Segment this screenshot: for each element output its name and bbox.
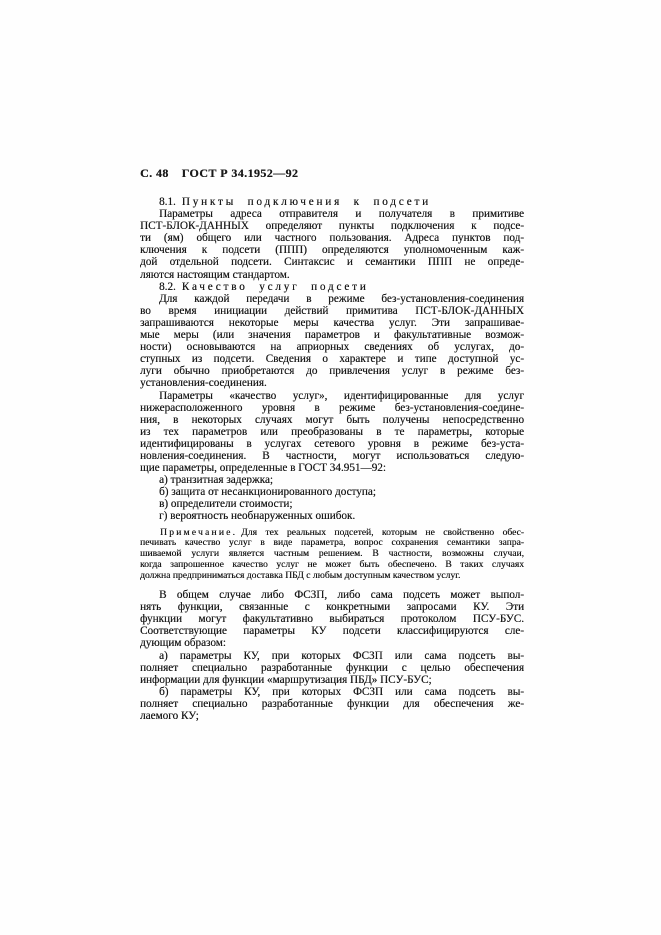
text-line: из тех параметров или преобразованы в те… (140, 426, 524, 438)
paragraph: Параметры адреса отправителя и получател… (140, 208, 524, 281)
running-header: С. 48ГОСТ Р 34.1952—92 (140, 166, 524, 181)
note-line: должна предприниматься доставка ПБД с лю… (140, 571, 524, 582)
paragraph: а) параметры КУ, при которых ФСЗП или са… (140, 650, 524, 686)
text-line: ности) основываются на априорных сведени… (140, 341, 524, 353)
text-line: дующим образом: (140, 637, 524, 649)
note-line-text: Для тех реальных подсетей, которым не св… (241, 527, 524, 538)
text-line: новления-соединения. В частности, могут … (140, 450, 524, 462)
text-line: ступных из подсети. Сведения о характере… (140, 353, 524, 365)
text-line: во время инициации действий примитива ПС… (140, 305, 524, 317)
text-line: ти (ям) общего или частного пользования.… (140, 232, 524, 244)
scanned-standard-page: { "document": { "colors": { "paper": "#f… (0, 0, 661, 935)
text-line: дой отдельной подсети. Синтаксис и семан… (140, 256, 524, 268)
text-line: Параметры «качество услуг», идентифициро… (140, 390, 524, 402)
paragraph: Параметры «качество услуг», идентифициро… (140, 390, 524, 475)
text-line: полняет специально разработанные функции… (140, 698, 524, 710)
standard-reference: ГОСТ Р 34.1952—92 (182, 166, 299, 180)
list-item: а) транзитная задержка; (140, 474, 524, 486)
list-item: в) определители стоимости; (140, 498, 524, 510)
section-heading: 8.1.Пункты подключения к подсети (140, 196, 524, 208)
section-number: 8.2. (159, 281, 176, 293)
text-line: щие параметры, определенные в ГОСТ 34.95… (140, 462, 524, 474)
text-line: Для каждой передачи в режиме без-установ… (140, 293, 524, 305)
note-block: Примечание.Для тех реальных подсетей, ко… (140, 528, 524, 583)
text-line: нижерасположенного уровня в режиме без-у… (140, 402, 524, 414)
text-line: функции могут факультативно выбираться п… (140, 613, 524, 625)
text-line: полняет специально разработанные функции… (140, 662, 524, 674)
text-line: нять функции, связанные с конкретными за… (140, 601, 524, 613)
text-line: лаемого КУ; (140, 710, 524, 722)
text-line: установления-соединения. (140, 377, 524, 389)
item-list: а) транзитная задержка;б) защита от неса… (140, 474, 524, 522)
section-number: 8.1. (159, 196, 176, 208)
section-title: Качество услуг подсети (182, 281, 369, 293)
text-line: информации для функции «маршрутизация ПБ… (140, 674, 524, 686)
section-heading: 8.2.Качество услуг подсети (140, 281, 524, 293)
text-line: идентифицированы в услугах сетевого уров… (140, 438, 524, 450)
text-line: мые меры (или значения параметров и факу… (140, 329, 524, 341)
text-line: Параметры адреса отправителя и получател… (140, 208, 524, 220)
text-line: ключения к подсети (ППП) определяются уп… (140, 244, 524, 256)
page-number-label: С. 48 (140, 166, 169, 180)
text-line: луги обычно приобретаются до привлечения… (140, 365, 524, 377)
text-line: В общем случае либо ФСЗП, либо сама подс… (140, 589, 524, 601)
page-text-block: С. 48ГОСТ Р 34.1952—92 8.1.Пункты подклю… (140, 166, 524, 722)
paragraph: Для каждой передачи в режиме без-установ… (140, 293, 524, 390)
list-item: б) защита от несанкционированного доступ… (140, 486, 524, 498)
paragraph: В общем случае либо ФСЗП, либо сама подс… (140, 589, 524, 649)
text-line: б) параметры КУ, при которых ФСЗП или са… (140, 686, 524, 698)
text-line: Соответствующие параметры КУ подсети кла… (140, 625, 524, 637)
document-body: 8.1.Пункты подключения к подсетиПараметр… (140, 196, 524, 722)
text-line: ния, в некоторых случаях могут быть полу… (140, 414, 524, 426)
note-label: Примечание. (160, 527, 237, 538)
text-line: ляются настоящим стандартом. (140, 269, 524, 281)
text-line: запрашиваются некоторые меры качества ус… (140, 317, 524, 329)
text-line: ПСТ-БЛОК-ДАННЫХ определяют пункты подклю… (140, 220, 524, 232)
list-item: г) вероятность необнаруженных ошибок. (140, 510, 524, 522)
paragraph: б) параметры КУ, при которых ФСЗП или са… (140, 686, 524, 722)
text-line: а) параметры КУ, при которых ФСЗП или са… (140, 650, 524, 662)
section-title: Пункты подключения к подсети (182, 196, 431, 208)
